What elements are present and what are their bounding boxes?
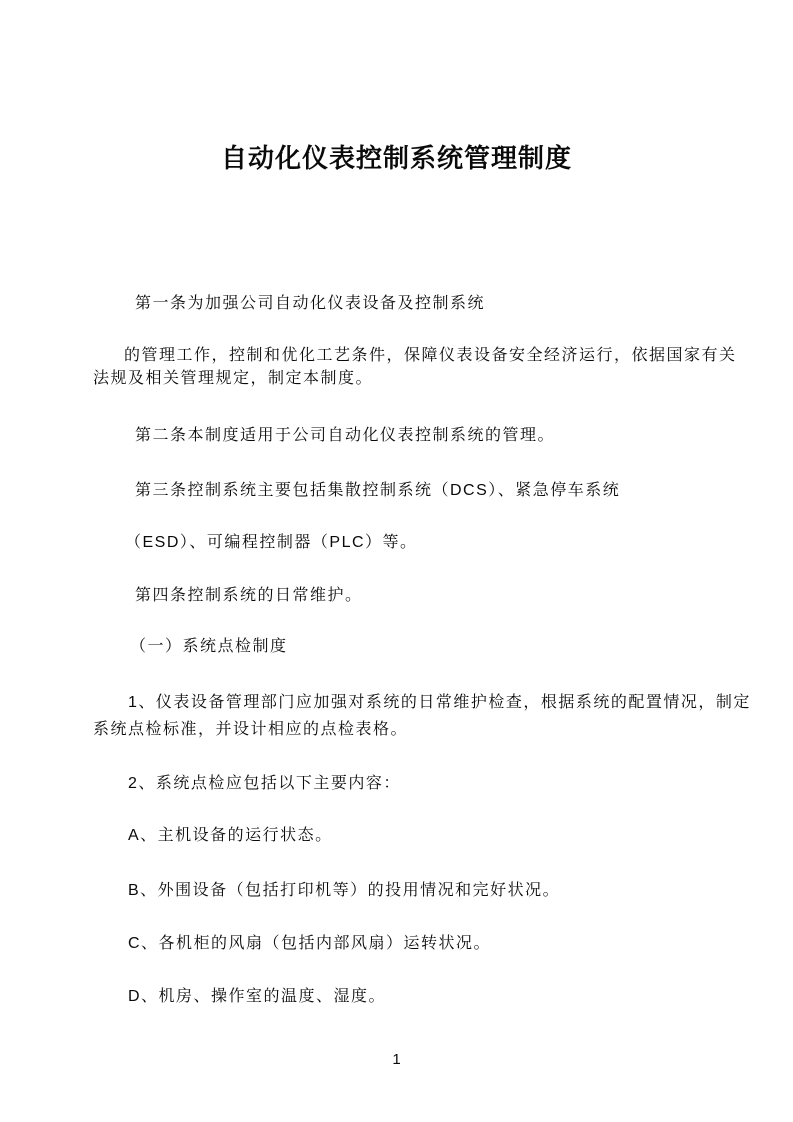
text-line: C、各机柜的风扇（包括内部风扇）运转状况。 — [93, 933, 491, 955]
text-line: 系统点检标准，并设计相应的点检表格。 — [93, 719, 408, 741]
text-line: D、机房、操作室的温度、湿度。 — [93, 986, 386, 1008]
text-line: 第四条控制系统的日常维护。 — [93, 585, 363, 607]
text-line: A、主机设备的运行状态。 — [93, 825, 333, 847]
text-line: （ESD）、可编程控制器（PLC）等。 — [93, 532, 418, 554]
document-page: 自动化仪表控制系统管理制度 第一条为加强公司自动化仪表设备及控制系统 的管理工作… — [0, 0, 793, 1122]
text-line: （一）系统点检制度 — [93, 636, 288, 658]
text-line: 的管理工作，控制和优化工艺条件，保障仪表设备安全经济运行，依据国家有关 — [93, 345, 737, 367]
text-line: 1、仪表设备管理部门应加强对系统的日常维护检查，根据系统的配置情况，制定 — [93, 692, 751, 714]
text-line: 法规及相关管理规定，制定本制度。 — [93, 368, 373, 390]
page-number: 1 — [0, 1051, 793, 1068]
text-line: 第二条本制度适用于公司自动化仪表控制系统的管理。 — [93, 425, 555, 447]
text-line: 2、系统点检应包括以下主要内容： — [93, 773, 401, 795]
text-line: 第三条控制系统主要包括集散控制系统（DCS）、紧急停车系统 — [93, 480, 620, 502]
text-line: B、外围设备（包括打印机等）的投用情况和完好状况。 — [93, 880, 560, 902]
document-title: 自动化仪表控制系统管理制度 — [0, 138, 793, 175]
text-line: 第一条为加强公司自动化仪表设备及控制系统 — [93, 293, 485, 315]
